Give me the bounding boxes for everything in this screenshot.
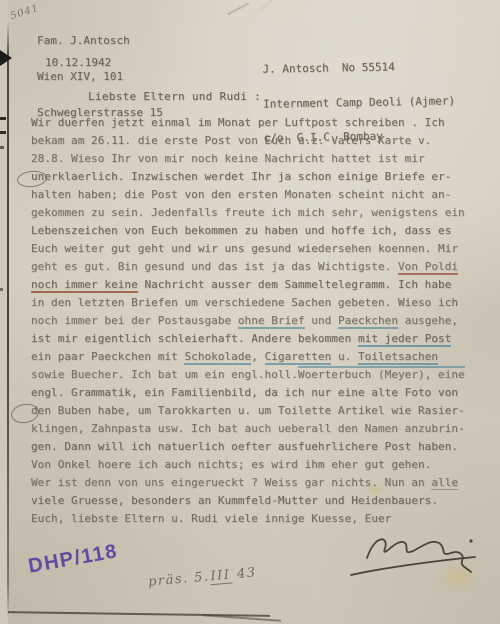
page-left-edge-line bbox=[7, 22, 9, 618]
body-line: ist mir eigentlich schleierhaft. Andere … bbox=[31, 330, 479, 348]
scanned-letter-page: 5041 Fam. J.Antosch Wien XIV, 101 Schweg… bbox=[0, 0, 500, 624]
camp-name: Internment Camp Deoli (Ajmer) bbox=[263, 95, 455, 110]
faint-pencil-stroke bbox=[259, 0, 273, 11]
body-line: Wir duerfen jetzt einmal im Monat per Lu… bbox=[31, 114, 479, 132]
archival-number: 5041 bbox=[9, 3, 40, 23]
body-line: unerklaerlich. Inzwischen werdet Ihr ja … bbox=[31, 168, 479, 186]
received-note: präs. 5.III 43 bbox=[148, 565, 258, 589]
body-line: Lebenszeichen von Euch bekommen zu haben… bbox=[31, 222, 479, 240]
body-line: noch immer bei der Postausgabe ohne Brie… bbox=[31, 312, 479, 330]
margin-mark bbox=[0, 146, 4, 149]
body-line: viele Gruesse, besonders an Kummfeld-Mut… bbox=[31, 492, 479, 510]
letter-date: 10.12.1942 bbox=[45, 57, 111, 69]
received-note-prefix: präs. 5. bbox=[148, 569, 211, 589]
internee-name-number: J. Antosch No 55514 bbox=[262, 60, 454, 75]
body-line: 28.8. Wieso Ihr von mir noch keine Nachr… bbox=[31, 150, 479, 168]
body-line: halten haben; die Post von den ersten Mo… bbox=[31, 186, 479, 204]
registry-stamp: DHP/118 bbox=[27, 540, 120, 578]
body-line: ein paar Paeckchen mit Schokolade, Cigar… bbox=[31, 348, 479, 366]
body-line: Von Onkel hoere ich auch nichts; es wird… bbox=[31, 456, 479, 474]
body-line: noch immer keine Nachricht ausser dem Sa… bbox=[31, 276, 479, 294]
faint-pencil-stroke bbox=[227, 2, 249, 15]
body-line: Wer ist denn von uns eingerueckt ? Weiss… bbox=[31, 474, 479, 492]
body-line: den Buben habe, um Tarokkarten u. um Toi… bbox=[31, 402, 479, 420]
body-line: Euch, liebste Eltern u. Rudi viele innig… bbox=[31, 510, 479, 528]
body-line: geht es gut. Bin gesund und das ist ja d… bbox=[31, 258, 479, 276]
salutation: Liebste Eltern und Rudi : bbox=[88, 90, 261, 103]
signature bbox=[345, 528, 480, 586]
body-line: klingen, Zahnpasta usw. Ich bat auch ueb… bbox=[31, 420, 479, 438]
received-note-roman-numeral: III bbox=[209, 567, 232, 585]
sender-name: Fam. J.Antosch bbox=[37, 35, 163, 47]
body-line: engl. Grammatik, ein Familienbild, da ic… bbox=[31, 384, 479, 402]
body-line: gen. Dann will ich natuerlich oefter aus… bbox=[31, 438, 479, 456]
letter-body: Wir duerfen jetzt einmal im Monat per Lu… bbox=[31, 114, 479, 528]
body-line: Euch weiter gut geht und wir uns gesund … bbox=[31, 240, 479, 258]
body-line: bekam am 26.11. die erste Post von Euch … bbox=[31, 132, 479, 150]
margin-mark bbox=[0, 288, 3, 291]
received-note-year: 43 bbox=[231, 565, 257, 582]
sender-city: Wien XIV, 101 bbox=[37, 71, 163, 83]
body-line: in den letzten Briefen um verschiedene S… bbox=[31, 294, 479, 312]
body-line: sowie Buecher. Ich bat um ein engl.holl.… bbox=[31, 366, 479, 384]
margin-mark bbox=[0, 117, 6, 120]
margin-mark bbox=[0, 131, 6, 134]
margin-arrow-icon bbox=[0, 50, 12, 66]
body-line: gekommen zu sein. Jedenfalls freute ich … bbox=[31, 204, 479, 222]
